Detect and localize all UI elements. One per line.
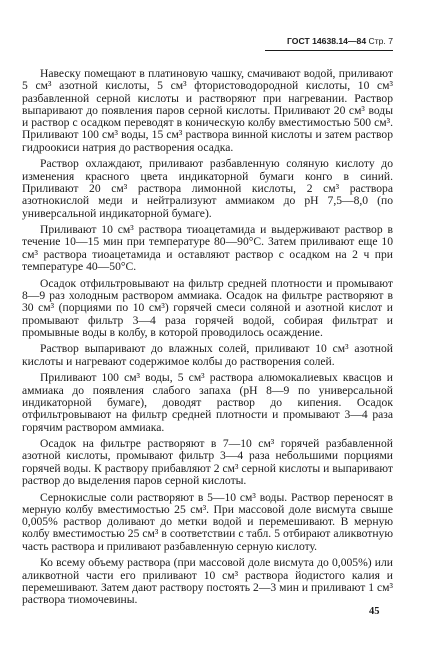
page-number: 45 xyxy=(369,606,380,617)
paragraph: Осадок отфильтровывают на фильтр средней… xyxy=(22,278,393,339)
paragraph: Приливают 100 см³ воды, 5 см³ раствора а… xyxy=(22,372,393,433)
paragraph: Осадок на фильтре растворяют в 7—10 см³ … xyxy=(22,438,393,487)
paragraph: Сернокислые соли растворяют в 5—10 см³ в… xyxy=(22,492,393,553)
paragraph: Ко всему объему раствора (при массовой д… xyxy=(22,557,393,606)
page-label: Стр. 7 xyxy=(369,36,393,46)
paragraph: Навеску помещают в платиновую чашку, сма… xyxy=(22,68,393,154)
header-rule xyxy=(265,50,393,51)
paragraph: Приливают 10 см³ раствора тиоацетамида и… xyxy=(22,224,393,273)
running-header: ГОСТ 14638.14—84 Стр. 7 xyxy=(265,36,393,46)
paragraph: Раствор охлаждают, приливают разбавленну… xyxy=(22,158,393,219)
body-text: Навеску помещают в платиновую чашку, сма… xyxy=(22,68,393,611)
paragraph: Раствор выпаривают до влажных солей, при… xyxy=(22,343,393,368)
standard-number: ГОСТ 14638.14—84 xyxy=(287,36,366,46)
